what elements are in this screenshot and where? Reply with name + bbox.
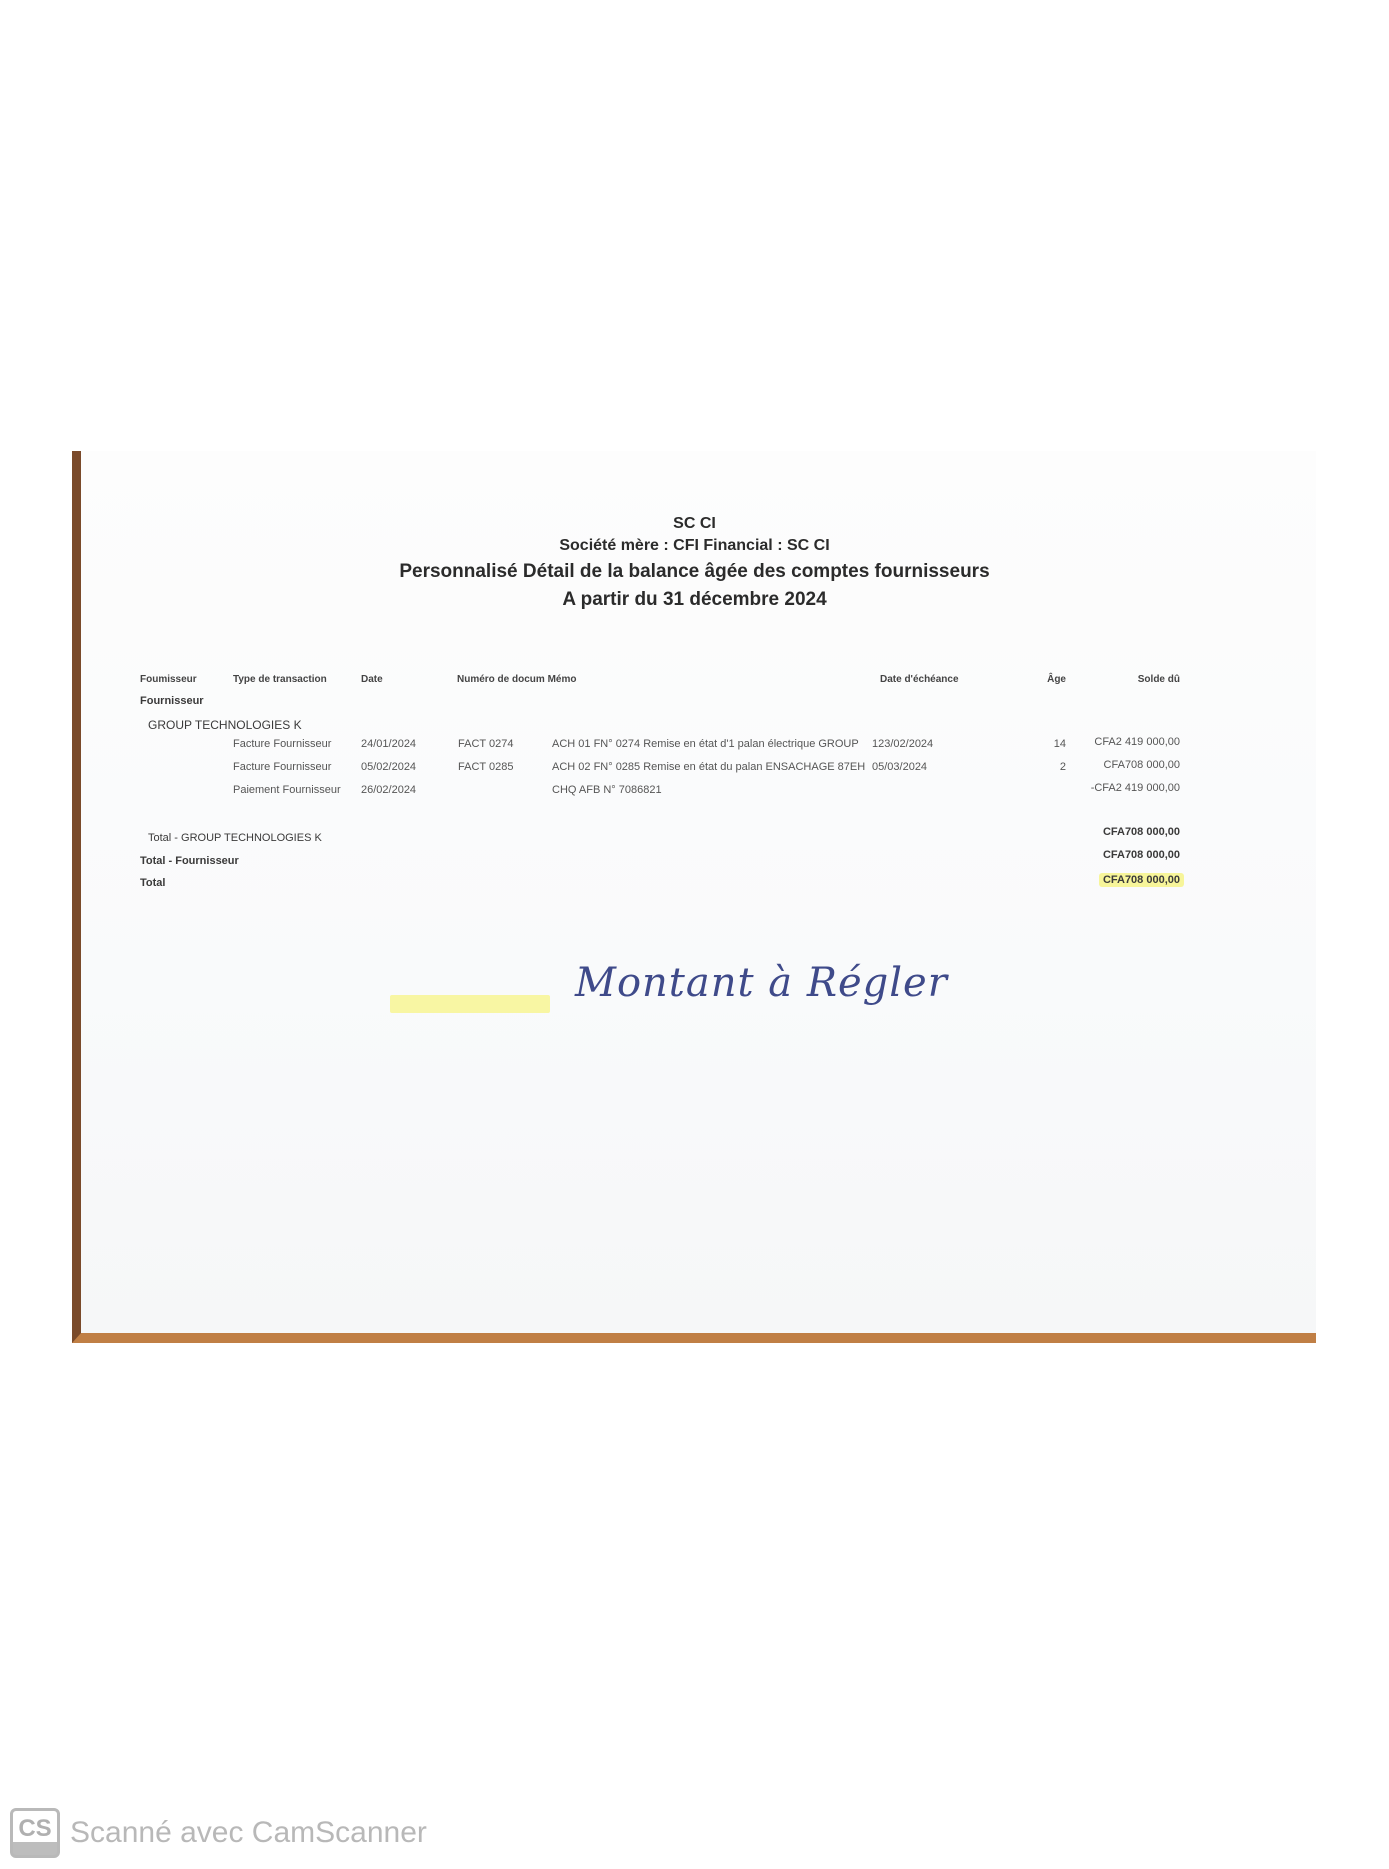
row-balance: -CFA2 419 000,00 — [1040, 782, 1180, 794]
grand-total-label: Total — [140, 877, 165, 889]
camscanner-watermark: CS Scanné avec CamScanner — [10, 1806, 427, 1860]
row-date: 24/01/2024 — [361, 738, 416, 750]
header-supplier: Foumisseur — [140, 674, 197, 685]
camscanner-logo-icon: CS — [10, 1808, 60, 1858]
header-age: Âge — [1020, 674, 1066, 685]
row-balance: CFA708 000,00 — [1040, 759, 1180, 771]
total-supplier-value: CFA708 000,00 — [1040, 826, 1180, 838]
row-memo: CHQ AFB N° 7086821 — [552, 784, 662, 796]
row-type: Facture Fournisseur — [233, 761, 331, 773]
row-due-date: 05/03/2024 — [872, 761, 927, 773]
scanned-document-page — [72, 451, 1316, 1343]
header-type: Type de transaction — [233, 674, 327, 685]
total-fournisseur-label: Total - Fournisseur — [140, 855, 239, 867]
group-label: Fournisseur — [140, 695, 204, 707]
report-title: Personnalisé Détail de la balance âgée d… — [0, 561, 1389, 583]
row-date: 05/02/2024 — [361, 761, 416, 773]
header-docnum-memo: Numéro de docum Mémo — [457, 674, 576, 685]
row-memo: ACH 01 FN° 0274 Remise en état d'1 palan… — [552, 738, 859, 750]
total-supplier-label: Total - GROUP TECHNOLOGIES K — [148, 832, 322, 844]
row-memo: ACH 02 FN° 0285 Remise en état du palan … — [552, 761, 865, 773]
total-fournisseur-value: CFA708 000,00 — [1040, 849, 1180, 861]
row-docnum: FACT 0285 — [458, 761, 513, 773]
handwritten-note: Montant à Régler — [575, 960, 948, 1006]
row-type: Paiement Fournisseur — [233, 784, 341, 796]
row-due-date: 123/02/2024 — [872, 738, 933, 750]
report-date: A partir du 31 décembre 2024 — [0, 589, 1389, 611]
supplier-name: GROUP TECHNOLOGIES K — [148, 718, 302, 732]
row-docnum: FACT 0274 — [458, 738, 513, 750]
grand-total-cell: CFA708 000,00 — [1040, 870, 1184, 888]
company-name: SC CI — [0, 515, 1389, 533]
watermark-text: Scanné avec CamScanner — [70, 1816, 427, 1850]
grand-total-value: CFA708 000,00 — [1099, 873, 1184, 887]
header-due-date: Date d'échéance — [880, 674, 959, 685]
row-date: 26/02/2024 — [361, 784, 416, 796]
parent-company: Société mère : CFI Financial : SC CI — [0, 537, 1389, 555]
highlighter-mark — [390, 995, 550, 1013]
header-date: Date — [361, 674, 383, 685]
row-balance: CFA2 419 000,00 — [1040, 736, 1180, 748]
header-balance: Solde dû — [1080, 674, 1180, 685]
row-type: Facture Fournisseur — [233, 738, 331, 750]
